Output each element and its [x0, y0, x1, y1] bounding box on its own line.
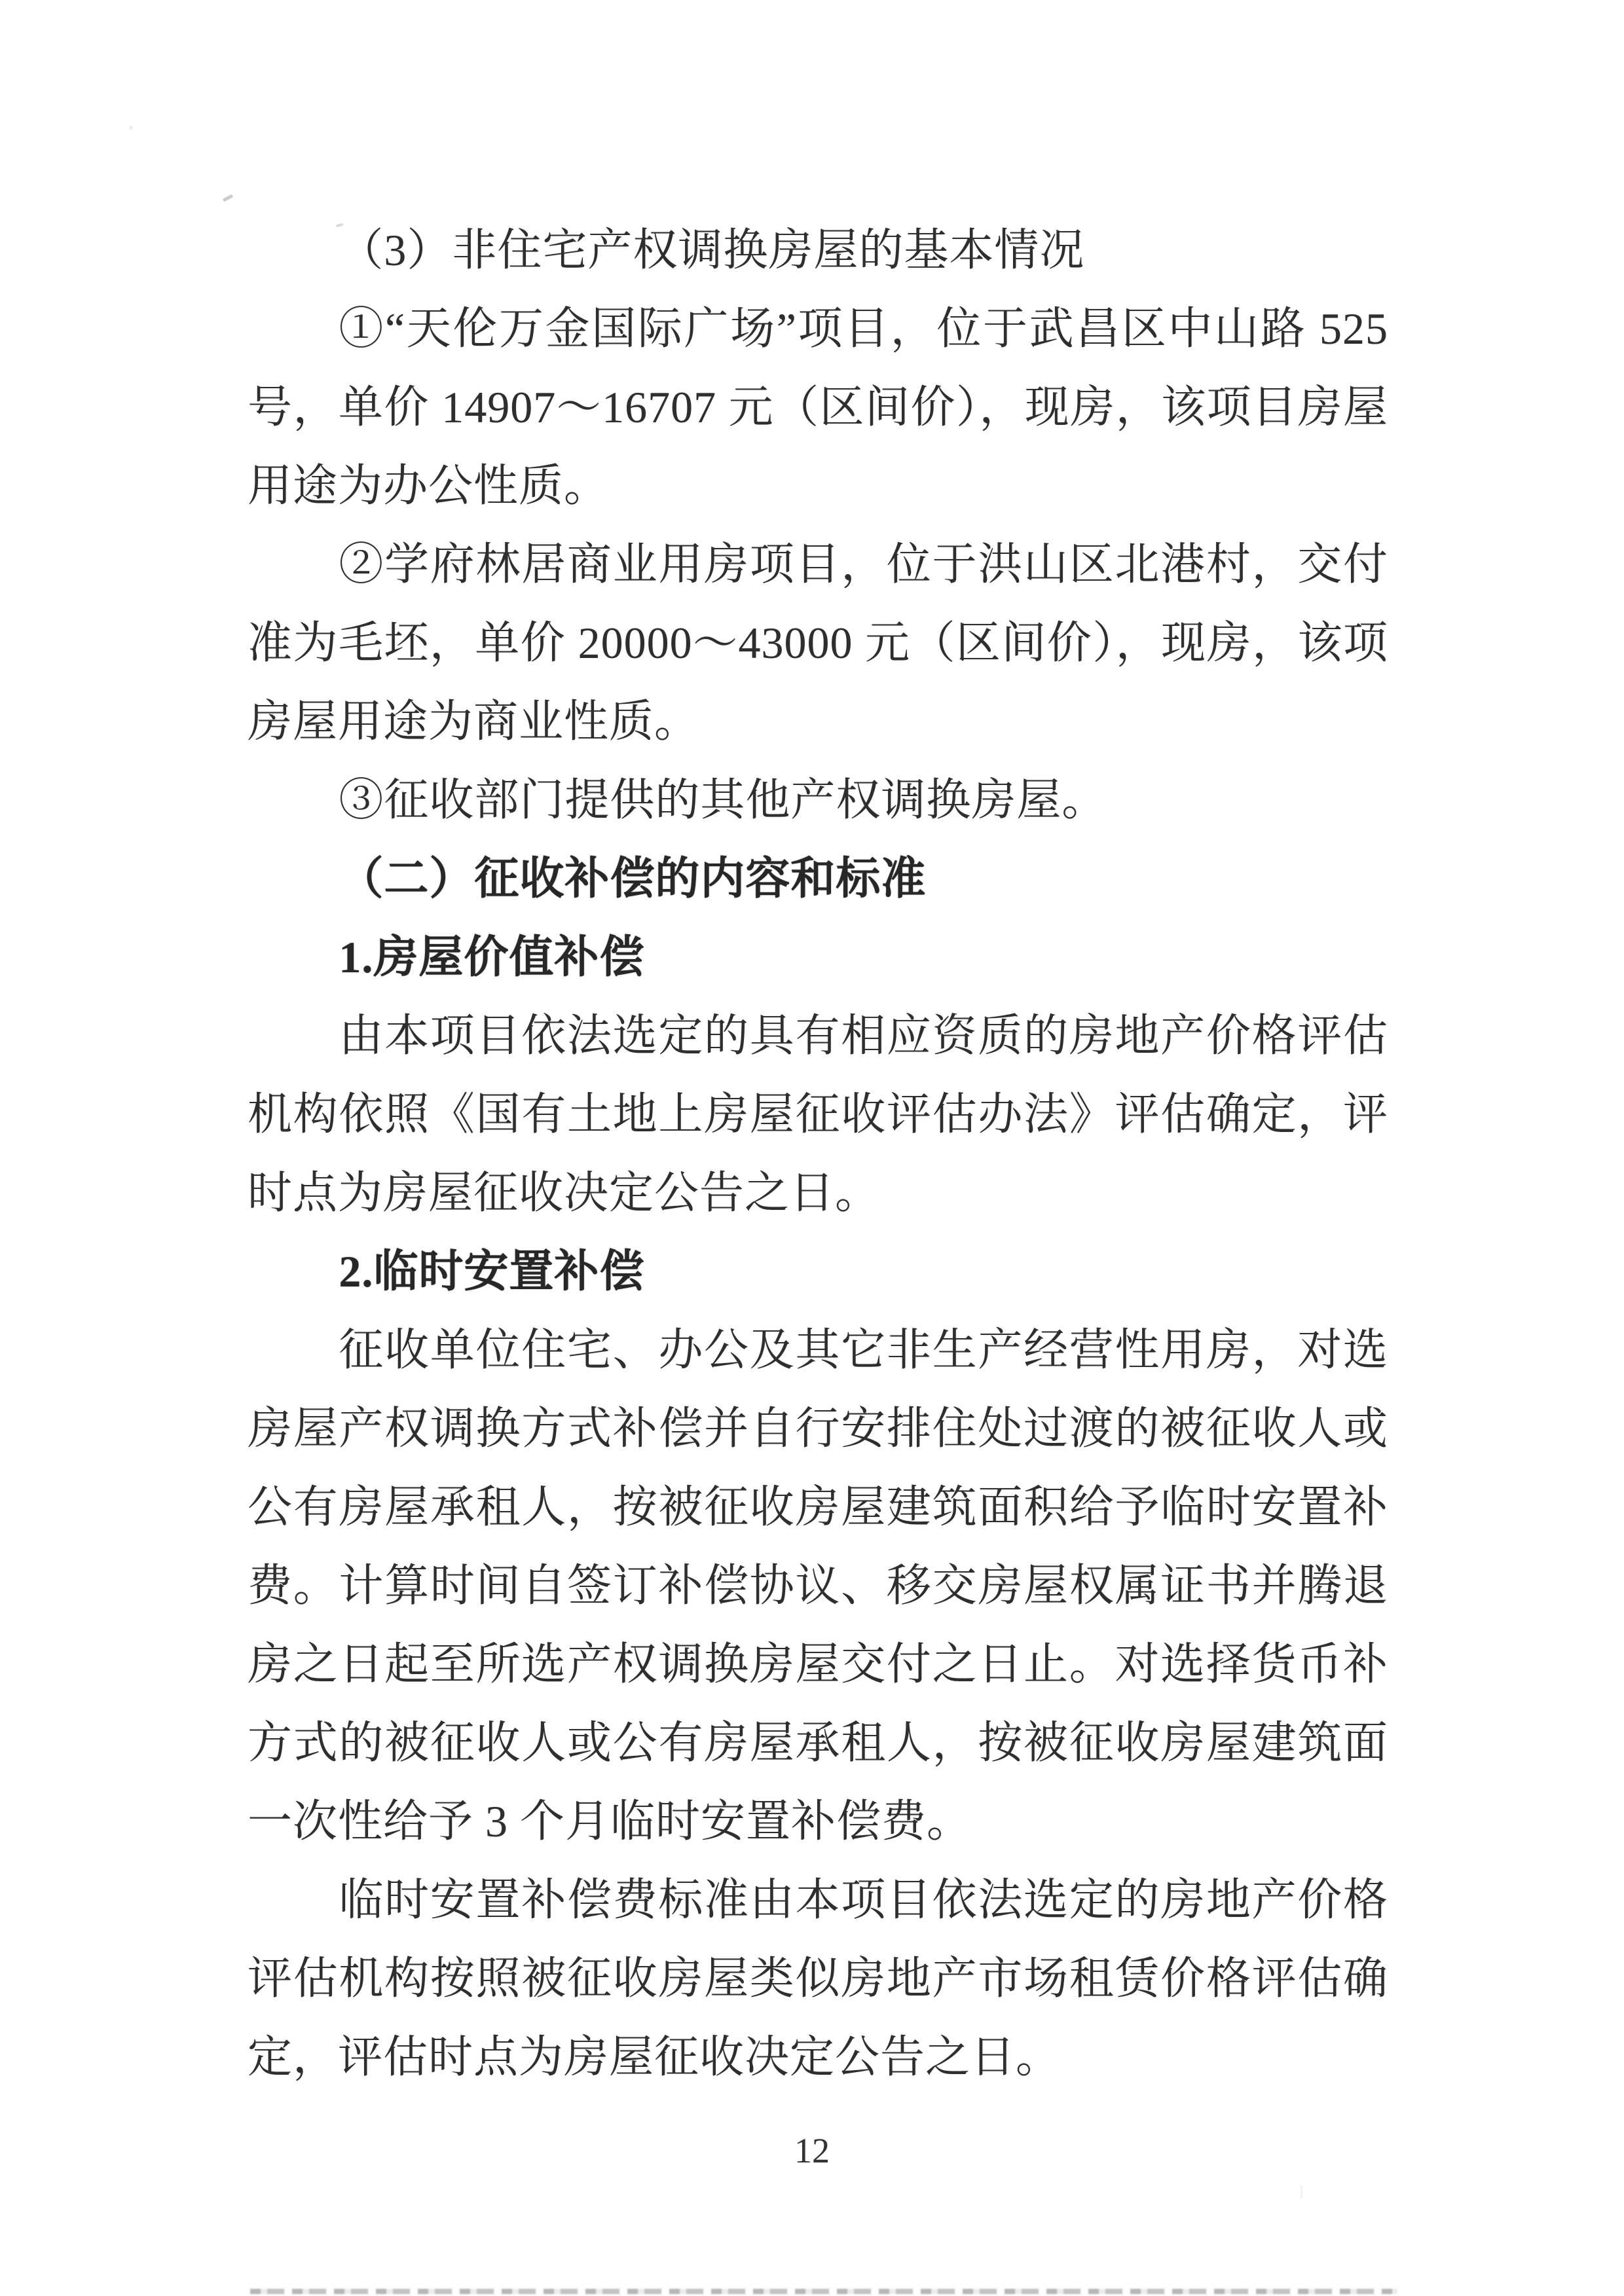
scan-speck: [223, 194, 233, 202]
para-tianlun-line-3: 用途为办公性质。: [248, 446, 1388, 525]
heading-house-value: 1.房屋价值补偿: [248, 918, 1388, 996]
para-fee-standard-line-2: 评估机构按照被征收房屋类似房地产市场租赁价格评估确: [248, 1939, 1388, 2018]
para-xuefu-line-3: 房屋用途为商业性质。: [248, 682, 1388, 761]
heading-temp-resettlement: 2.临时安置补偿: [248, 1232, 1388, 1311]
para-xuefu-line-2: 准为毛坯，单价 20000～43000 元（区间价），现房，该项目: [248, 604, 1388, 682]
next-page-bleed-artifact: [250, 2289, 1397, 2294]
para-xuefu-line-1: ②学府林居商业用房项目，位于洪山区北港村，交付标: [248, 525, 1388, 604]
para-temp-resettle-line-2: 房屋产权调换方式补偿并自行安排住处过渡的被征收人或: [248, 1389, 1388, 1468]
document-text-block: （3）非住宅产权调换房屋的基本情况 ①“天伦万金国际广场”项目，位于武昌区中山路…: [248, 211, 1388, 2096]
para-temp-resettle-line-6: 方式的被征收人或公有房屋承租人，按被征收房屋建筑面积: [248, 1704, 1388, 1782]
para-other-swap-housing: ③征收部门提供的其他产权调换房屋。: [248, 761, 1388, 839]
para-house-value-line-3: 时点为房屋征收决定公告之日。: [248, 1154, 1388, 1232]
para-fee-standard-line-1: 临时安置补偿费标准由本项目依法选定的房地产价格: [248, 1861, 1388, 1939]
para-house-value-line-2: 机构依照《国有土地上房屋征收评估办法》评估确定，评估: [248, 1075, 1388, 1154]
scan-speck: [452, 401, 456, 405]
para-temp-resettle-line-1: 征收单位住宅、办公及其它非生产经营性用房，对选择: [248, 1311, 1388, 1389]
scan-speck: [129, 126, 133, 130]
heading-section-compensation: （二）征收补偿的内容和标准: [248, 839, 1388, 918]
heading-nonresidential-swap: （3）非住宅产权调换房屋的基本情况: [248, 211, 1388, 289]
page-number: 12: [0, 2133, 1624, 2168]
para-temp-resettle-line-7: 一次性给予 3 个月临时安置补偿费。: [248, 1782, 1388, 1861]
para-tianlun-line-1: ①“天伦万金国际广场”项目，位于武昌区中山路 525: [248, 289, 1388, 368]
para-temp-resettle-line-5: 房之日起至所选产权调换房屋交付之日止。对选择货币补偿: [248, 1625, 1388, 1704]
para-fee-standard-line-3: 定，评估时点为房屋征收决定公告之日。: [248, 2018, 1388, 2096]
para-temp-resettle-line-3: 公有房屋承租人，按被征收房屋建筑面积给予临时安置补偿: [248, 1468, 1388, 1546]
para-house-value-line-1: 由本项目依法选定的具有相应资质的房地产价格评估: [248, 996, 1388, 1075]
para-temp-resettle-line-4: 费。计算时间自签订补偿协议、移交房屋权属证书并腾退交: [248, 1546, 1388, 1625]
scanned-page: （3）非住宅产权调换房屋的基本情况 ①“天伦万金国际广场”项目，位于武昌区中山路…: [0, 0, 1624, 2296]
para-tianlun-line-2: 号，单价 14907～16707 元（区间价），现房，该项目房屋: [248, 368, 1388, 446]
scan-speck: [1301, 2185, 1302, 2198]
